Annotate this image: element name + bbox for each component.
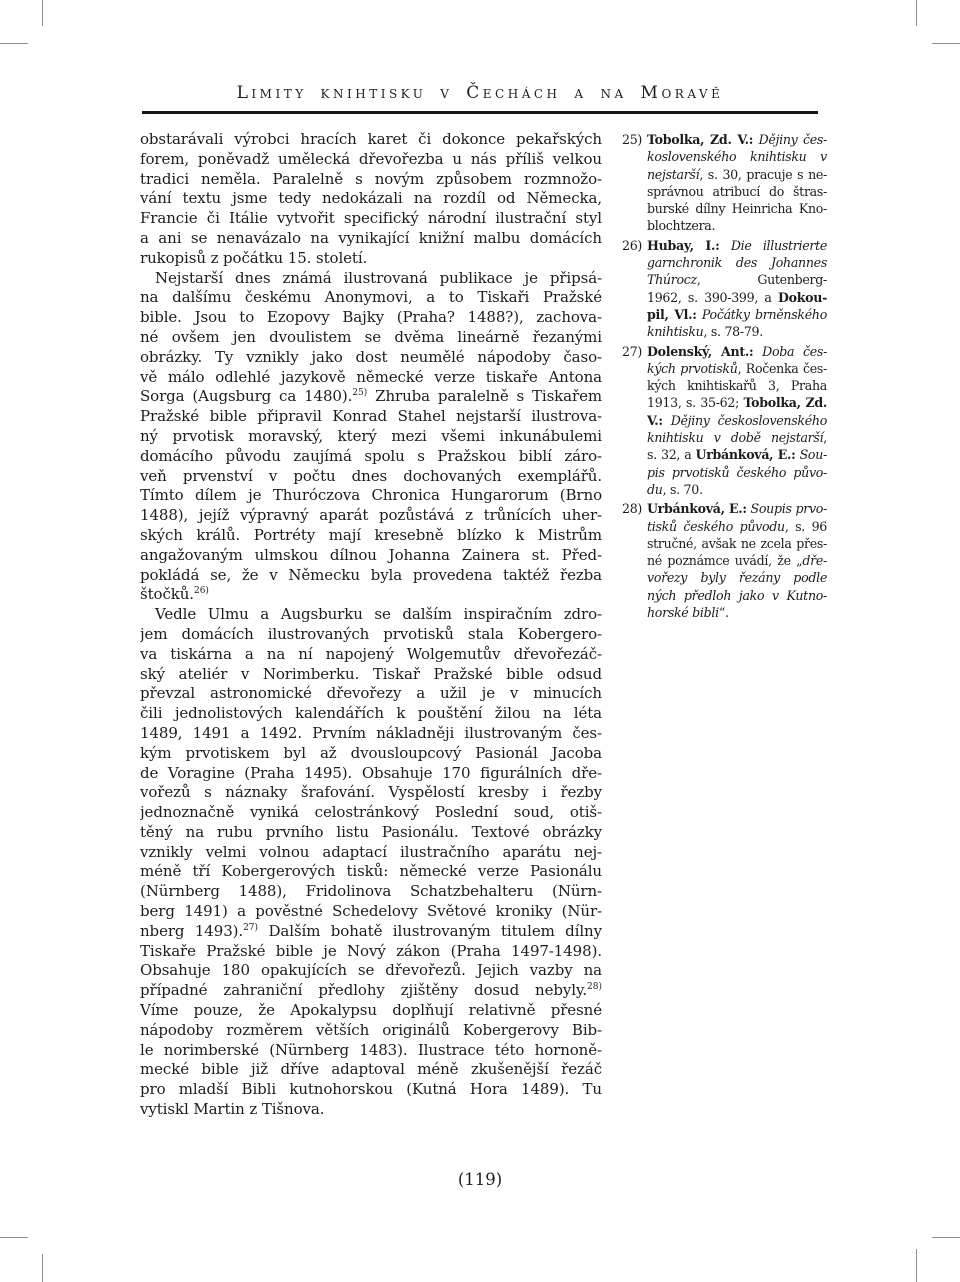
text-line: né poznámce uvádí, že „dře- bbox=[647, 552, 827, 569]
text-line: rukopisů z počátku 15. století. bbox=[140, 249, 602, 269]
text-line: vání textu jsme tedy nedokázali na rozdí… bbox=[140, 189, 602, 209]
text-segment: Hubay, I.: bbox=[647, 238, 719, 253]
text-line: Tobolka, Zd. V.: Dějiny čes- bbox=[647, 131, 827, 148]
text-line: ných předloh jako v Kutno- bbox=[647, 587, 827, 604]
text-line: berg 1491) a pověstné Schedelovy Světové… bbox=[140, 902, 602, 922]
footnote-number: 27) bbox=[622, 343, 647, 499]
text-line: forem, poněvadž umělecká dřevořezba u ná… bbox=[140, 150, 602, 170]
text-segment: “. bbox=[719, 605, 729, 620]
text-segment: Urbánková, E.: bbox=[696, 447, 796, 462]
text-line: stručné, avšak ne zcela přes- bbox=[647, 535, 827, 552]
text-line: veň prvenství v počtu dnes dochovaných e… bbox=[140, 467, 602, 487]
text-segment: tisků českého původu bbox=[647, 519, 785, 534]
text-line: Thúrocz, Gutenberg-Jahrbuch bbox=[647, 271, 827, 288]
text-segment: knihtisku v době nejstarší bbox=[647, 430, 823, 445]
text-line: nápodoby rozměrem větších originálů Kobe… bbox=[140, 1021, 602, 1041]
text-segment: Zhruba paralelně s Tiskařem bbox=[367, 387, 602, 405]
text-line: du, s. 70. bbox=[647, 481, 827, 498]
text-segment: , s. 78-79. bbox=[703, 324, 763, 339]
footnote-body: Hubay, I.: Die illustrierte Un-garnchron… bbox=[647, 237, 827, 341]
header-rule bbox=[142, 111, 818, 114]
text-line: V.: Dějiny československého bbox=[647, 412, 827, 429]
text-line: né ovšem jen dvoulistem se dvěma lineárn… bbox=[140, 328, 602, 348]
footnote-number: 25) bbox=[622, 131, 647, 235]
text-segment: nberg 1493). bbox=[140, 922, 243, 940]
text-line: Obsahuje 180 opakujících se dřevořezů. J… bbox=[140, 961, 602, 981]
text-segment: du bbox=[647, 482, 663, 497]
footnote: 27)Dolenský, Ant.: Doba čes-kých prvotis… bbox=[622, 343, 827, 499]
crop-mark bbox=[932, 43, 960, 44]
text-line: 1913, s. 35-62; Tobolka, Zd. bbox=[647, 394, 827, 411]
text-line: domácího původu zaujímá spolu s Pražskou… bbox=[140, 447, 602, 467]
text-line: správnou atribucí do štras- bbox=[647, 183, 827, 200]
text-line: s. 32, a Urbánková, E.: Sou- bbox=[647, 446, 827, 463]
crop-mark bbox=[916, 0, 917, 26]
text-line: případné zahraniční předlohy zjištěny do… bbox=[140, 981, 602, 1001]
text-segment: ných předloh jako v Kutno- bbox=[647, 588, 827, 603]
text-line: 1489, 1491 a 1492. Prvním nákladněji ilu… bbox=[140, 724, 602, 744]
text-segment: Tobolka, Zd. bbox=[744, 395, 828, 410]
text-segment: Urbánková, E.: bbox=[647, 501, 747, 516]
text-line: ný prvotisk moravský, který mezi všemi i… bbox=[140, 427, 602, 447]
footnote-reference: 26) bbox=[194, 586, 209, 596]
text-segment bbox=[719, 238, 730, 253]
text-segment: V.: bbox=[647, 413, 663, 428]
text-segment: Soupis prvo- bbox=[751, 501, 827, 516]
text-segment: kých prvotisků bbox=[647, 361, 738, 376]
text-line: nejstarší, s. 30, pracuje s ne- bbox=[647, 166, 827, 183]
text-line: těný na rubu prvního listu Pasionálu. Te… bbox=[140, 823, 602, 843]
text-segment: nejstarší bbox=[647, 167, 699, 182]
text-segment: Thúrocz bbox=[647, 272, 697, 287]
text-segment: Dějiny čes- bbox=[759, 132, 827, 147]
footnote-body: Tobolka, Zd. V.: Dějiny čes-koslovenskéh… bbox=[647, 131, 827, 235]
text-segment: Dalším bohatě ilustrovaným titulem dílny bbox=[258, 922, 602, 940]
footnote-body: Dolenský, Ant.: Doba čes-kých prvotisků,… bbox=[647, 343, 827, 499]
text-line: va tiskárna a na ní napojený Wolgemutův … bbox=[140, 645, 602, 665]
text-line: knihtisku, s. 78-79. bbox=[647, 323, 827, 340]
text-line: vznikly velmi volnou adaptací ilustrační… bbox=[140, 843, 602, 863]
text-line: vořezy byly řezány podle stej- bbox=[647, 569, 827, 586]
text-segment: Doba čes- bbox=[762, 344, 827, 359]
text-segment: Dokou- bbox=[778, 290, 827, 305]
text-line: jednoznačně vyniká celostránkový Posledn… bbox=[140, 803, 602, 823]
text-segment: garnchronik des Johannes von bbox=[647, 255, 827, 271]
text-line: pil, Vl.: Počátky brněnského bbox=[647, 306, 827, 323]
crop-mark bbox=[0, 1237, 28, 1238]
text-line: nberg 1493).27) Dalším bohatě ilustrovan… bbox=[140, 922, 602, 942]
text-line: vě málo odlehlé jazykově německé verze t… bbox=[140, 368, 602, 388]
text-line: kých prvotisků, Ročenka čes- bbox=[647, 360, 827, 377]
text-segment: 1962, s. 390-399, a bbox=[647, 290, 778, 305]
text-segment: Tobolka, Zd. V.: bbox=[647, 132, 753, 147]
text-line: Urbánková, E.: Soupis prvo- bbox=[647, 500, 827, 517]
text-line: knihtisku v době nejstarší, bbox=[647, 429, 827, 446]
text-line: obrázky. Ty vznikly jako dost neumělé ná… bbox=[140, 348, 602, 368]
text-line: pro mladší Bibli kutnohorskou (Kutná Hor… bbox=[140, 1080, 602, 1100]
crop-mark bbox=[916, 1249, 917, 1282]
text-line: de Voragine (Praha 1495). Obsahuje 170 f… bbox=[140, 764, 602, 784]
text-segment: horské bibli bbox=[647, 605, 719, 620]
text-segment: Dolenský, Ant.: bbox=[647, 344, 753, 359]
text-segment: případné zahraniční předlohy zjištěny do… bbox=[140, 981, 587, 999]
text-line: Nejstarší dnes známá ilustrovaná publika… bbox=[140, 269, 602, 289]
text-segment: Dějiny československého bbox=[671, 413, 827, 428]
crop-mark bbox=[0, 43, 28, 44]
text-line: kým prvotiskem byl až dvousloupcový Pasi… bbox=[140, 744, 602, 764]
text-line: pis prvotisků českého půvo- bbox=[647, 464, 827, 481]
text-line: horské bibli“. bbox=[647, 604, 827, 621]
crop-mark bbox=[42, 0, 43, 26]
text-segment: , s. 70. bbox=[663, 482, 703, 497]
text-line: převzal astronomické dřevořezy a užil je… bbox=[140, 684, 602, 704]
crop-mark bbox=[932, 1237, 960, 1238]
text-line: 1488), jejíž výpravný aparát pozůstává z… bbox=[140, 506, 602, 526]
text-line: Vedle Ulmu a Augsburku se dalším inspira… bbox=[140, 605, 602, 625]
footnote: 25)Tobolka, Zd. V.: Dějiny čes-koslovens… bbox=[622, 131, 827, 235]
text-line: ských králů. Portréty mají kresebně blíz… bbox=[140, 526, 602, 546]
text-line: vořezů s náznaky šrafování. Vyspělostí k… bbox=[140, 783, 602, 803]
text-line: bible. Jsou to Ezopovy Bajky (Praha? 148… bbox=[140, 308, 602, 328]
footnotes-column: 25)Tobolka, Zd. V.: Dějiny čes-koslovens… bbox=[622, 131, 827, 623]
footnote-reference: 27) bbox=[243, 923, 258, 933]
text-line: Tímto dílem je Thuróczova Chronica Hunga… bbox=[140, 486, 602, 506]
text-line: (Nürnberg 1488), Fridolinova Schatzbehal… bbox=[140, 882, 602, 902]
running-head-title: Limity knihtisku v Čechách a na Moravě bbox=[142, 83, 818, 103]
text-line: méně tří Kobergerových tisků: německé ve… bbox=[140, 862, 602, 882]
text-line: a ani se nenavázalo na vynikající knižní… bbox=[140, 229, 602, 249]
text-line: Pražské bible připravil Konrad Stahel ne… bbox=[140, 407, 602, 427]
text-segment: , bbox=[823, 430, 827, 445]
text-segment: knihtisku bbox=[647, 324, 703, 339]
text-line: le norimberské (Nürnberg 1483). Ilustrac… bbox=[140, 1041, 602, 1061]
text-line: burské dílny Heinricha Kno- bbox=[647, 200, 827, 217]
text-line: tradici neměla. Paralelně s novým způsob… bbox=[140, 170, 602, 190]
footnote-number: 28) bbox=[622, 500, 647, 621]
text-line: Francie či Itálie vytvořit specifický ná… bbox=[140, 209, 602, 229]
text-segment bbox=[663, 413, 671, 428]
text-segment: štočků. bbox=[140, 585, 194, 603]
text-segment: dře- bbox=[802, 553, 827, 568]
text-line: čili jednolistových kalendářích k pouště… bbox=[140, 704, 602, 724]
text-segment: , s. 30, pracuje s ne- bbox=[699, 167, 827, 182]
footnote: 28)Urbánková, E.: Soupis prvo-tisků česk… bbox=[622, 500, 827, 621]
text-line: obstarávali výrobci hracích karet či dok… bbox=[140, 130, 602, 150]
text-segment: Sorga (Augsburg ca 1480). bbox=[140, 387, 352, 405]
text-line: 1962, s. 390-399, a Dokou- bbox=[647, 289, 827, 306]
crop-mark bbox=[42, 1254, 43, 1282]
text-line: angažovaným ulmskou dílnou Johanna Zaine… bbox=[140, 546, 602, 566]
footnote: 26)Hubay, I.: Die illustrierte Un-garnch… bbox=[622, 237, 827, 341]
text-line: Dolenský, Ant.: Doba čes- bbox=[647, 343, 827, 360]
text-segment: , Ročenka čes- bbox=[738, 361, 827, 376]
text-line: Sorga (Augsburg ca 1480).25) Zhruba para… bbox=[140, 387, 602, 407]
text-segment: Počátky brněnského bbox=[702, 307, 827, 322]
text-segment: 1913, s. 35-62; bbox=[647, 395, 744, 410]
text-line: Hubay, I.: Die illustrierte Un- bbox=[647, 237, 827, 254]
text-segment: koslovenského knihtisku v době bbox=[647, 149, 827, 165]
text-line: štočků.26) bbox=[140, 585, 602, 605]
text-line: garnchronik des Johannes von bbox=[647, 254, 827, 271]
text-segment: s. 32, a bbox=[647, 447, 696, 462]
main-text-column: obstarávali výrobci hracích karet či dok… bbox=[140, 130, 602, 1120]
text-line: vytiskl Martin z Tišnova. bbox=[140, 1100, 602, 1120]
text-segment: Sou- bbox=[800, 447, 827, 462]
text-line: koslovenského knihtisku v době bbox=[647, 148, 827, 165]
text-segment: pis prvotisků českého půvo- bbox=[647, 465, 827, 480]
text-line: kých knihtiskařů 3, Praha bbox=[647, 377, 827, 394]
text-segment: né poznámce uvádí, že „ bbox=[647, 553, 802, 568]
text-line: mecké bible již dříve adaptoval méně zku… bbox=[140, 1060, 602, 1080]
text-segment bbox=[753, 344, 762, 359]
text-line: jem domácích ilustrovaných prvotisků sta… bbox=[140, 625, 602, 645]
book-page: Limity knihtisku v Čechách a na Moravě o… bbox=[0, 0, 960, 1282]
page-number: (119) bbox=[142, 1170, 818, 1189]
text-line: Tiskaře Pražské bible je Nový zákon (Pra… bbox=[140, 942, 602, 962]
footnote-body: Urbánková, E.: Soupis prvo-tisků českého… bbox=[647, 500, 827, 621]
footnote-number: 26) bbox=[622, 237, 647, 341]
footnote-reference: 28) bbox=[587, 982, 602, 992]
text-line: tisků českého původu, s. 96 ve bbox=[647, 518, 827, 535]
text-line: blochtzera. bbox=[647, 217, 827, 234]
footnote-reference: 25) bbox=[352, 388, 367, 398]
text-segment: pil, Vl.: bbox=[647, 307, 697, 322]
text-segment: vořezy byly řezány podle stej- bbox=[647, 570, 827, 586]
text-line: Víme pouze, že Apokalypsu doplňují relat… bbox=[140, 1001, 602, 1021]
text-line: pokládá se, že v Německu byla provedena … bbox=[140, 566, 602, 586]
text-line: na dalšímu českému Anonymovi, a to Tiska… bbox=[140, 288, 602, 308]
text-line: ský ateliér v Norimberku. Tiskař Pražské… bbox=[140, 665, 602, 685]
